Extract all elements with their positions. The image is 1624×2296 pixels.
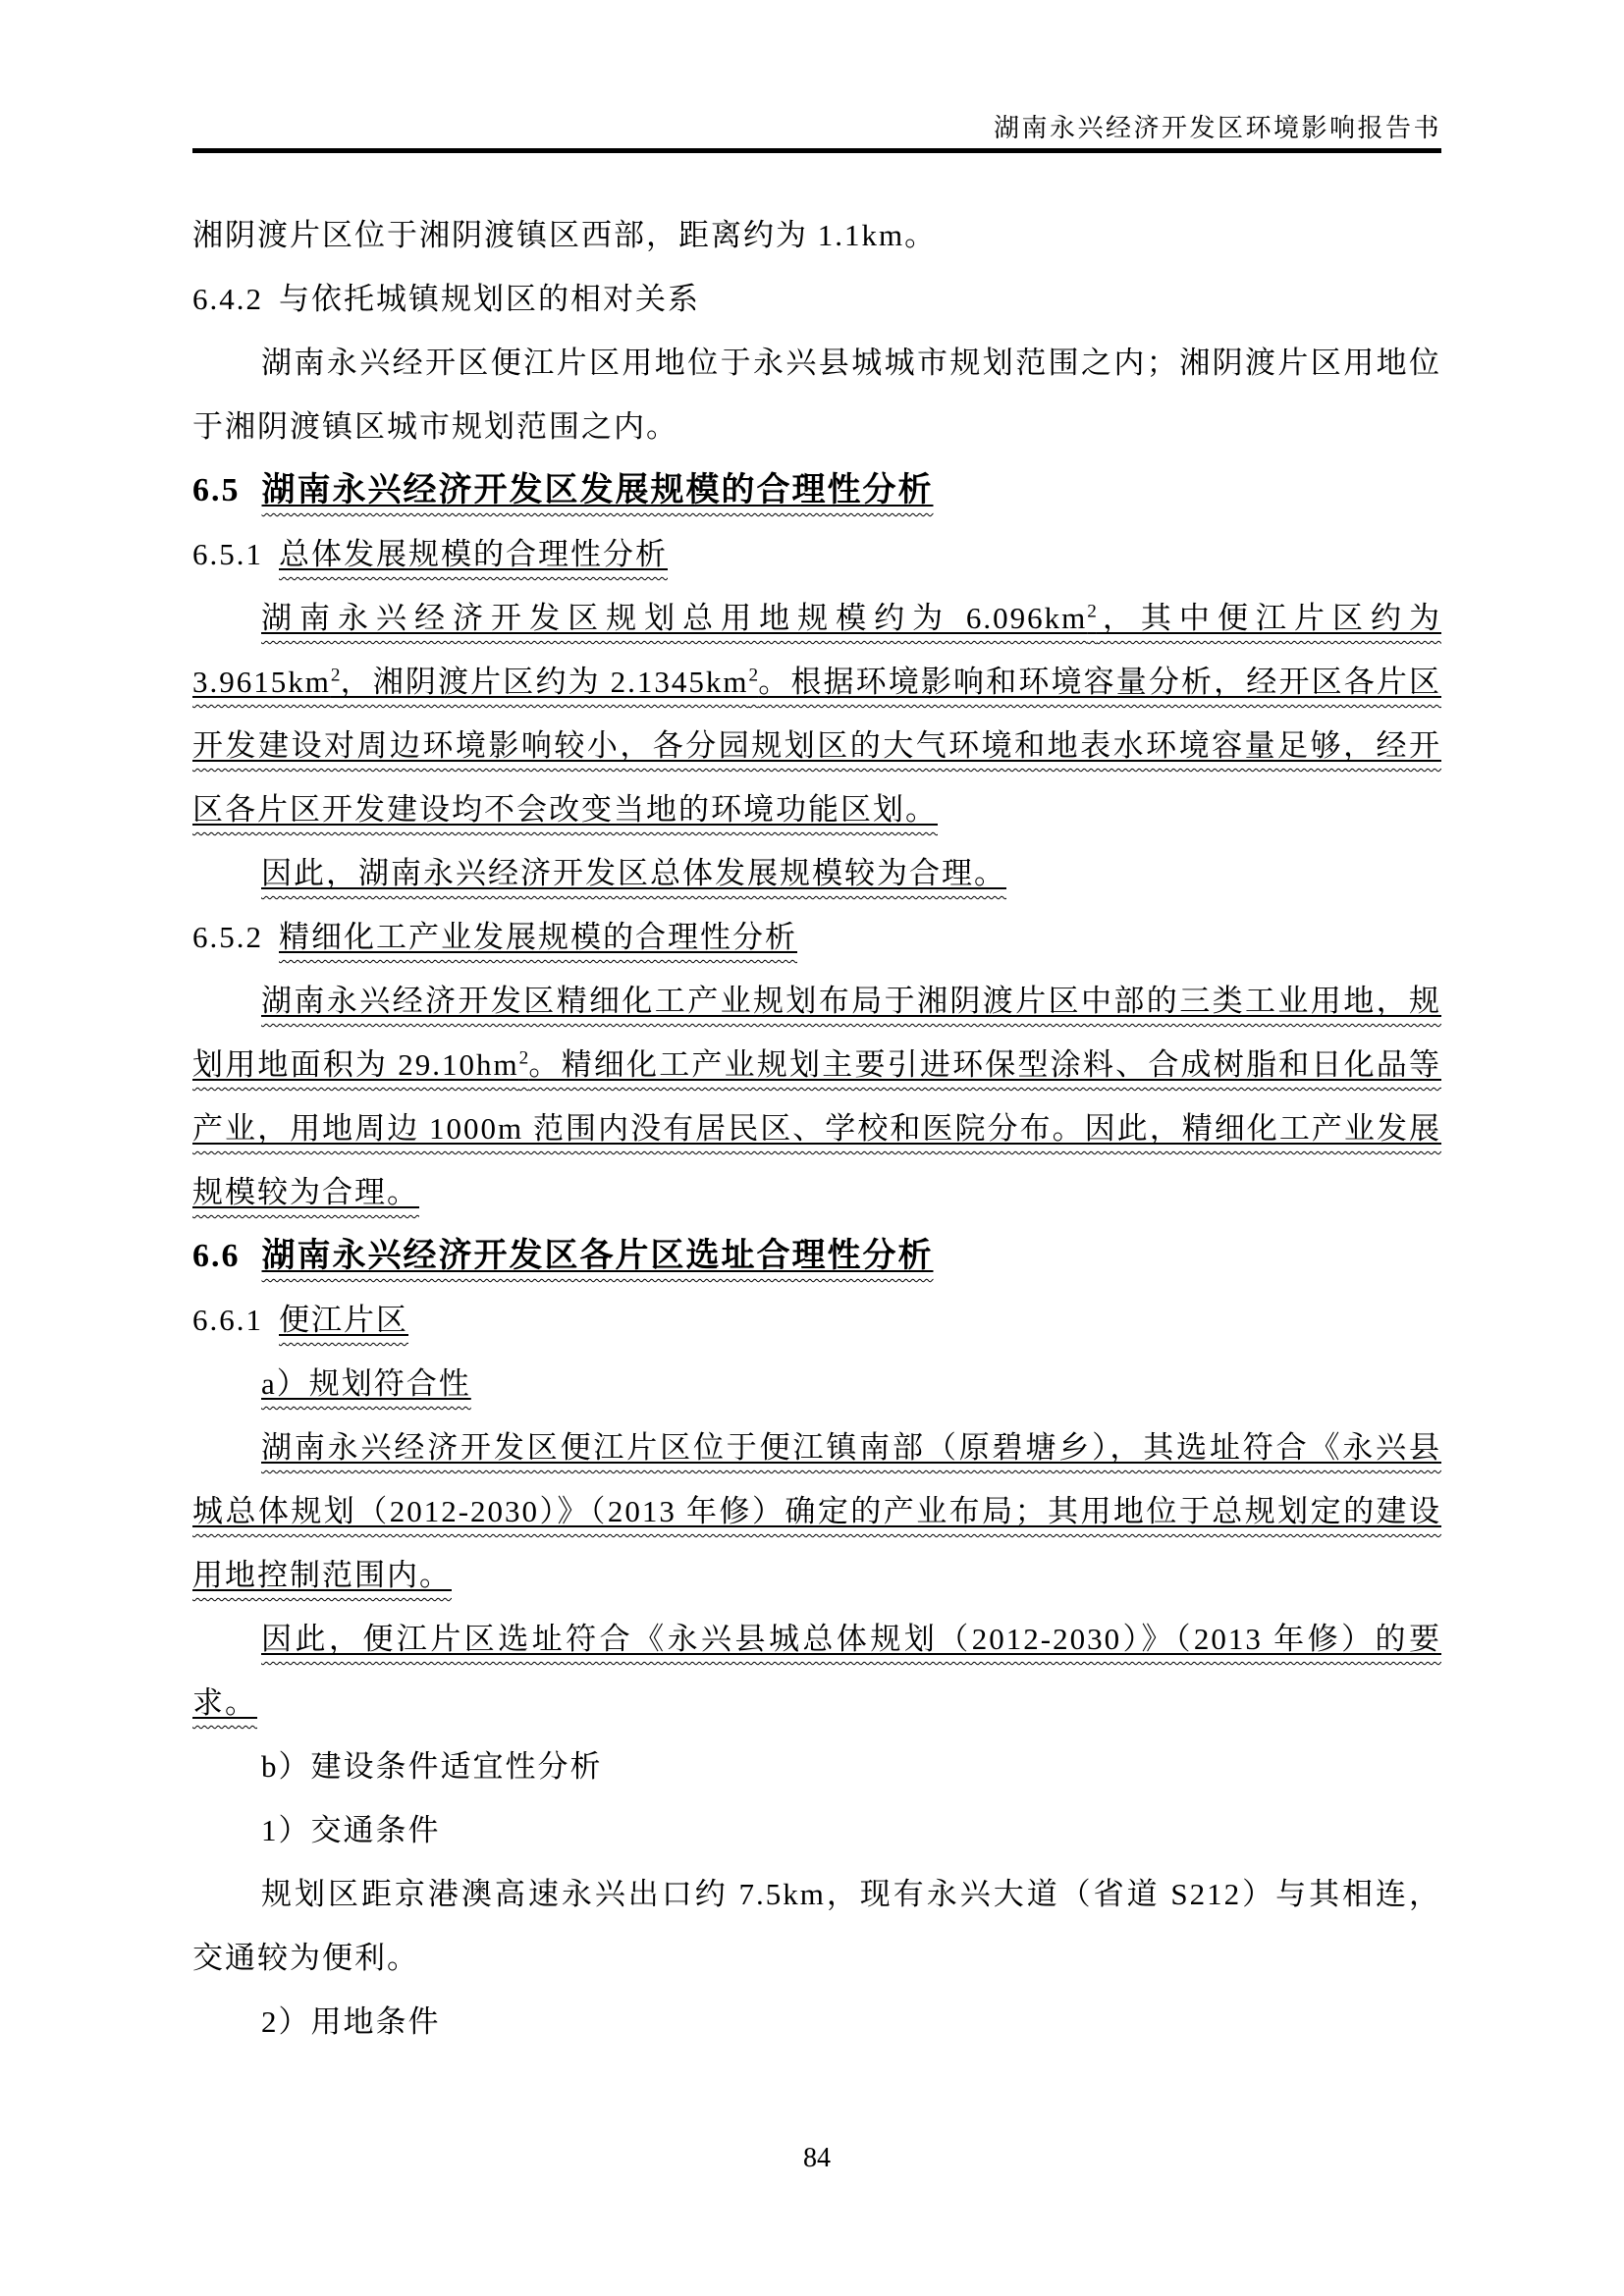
text-run: a）规划符合性 [261,1366,471,1401]
text-run: 总体发展规模的合理性分析 [279,537,668,571]
paragraph: 湖南永兴经济开发区规划总用地规模约为 6.096km2，其中便江片区约为 3.9… [192,586,1441,841]
text-run: 便江片区 [279,1303,408,1337]
text-run: 湖南永兴经济开发区各片区选址合理性分析 [262,1238,934,1274]
text-run: 湖南永兴经济开发区便江片区位于便江镇南部（原碧塘乡），其选址符合《永兴县城总体规… [192,1430,1441,1592]
section-heading: 6.6.1便江片区 [192,1288,1441,1352]
text-run: 与依托城镇规划区的相对关系 [279,282,700,316]
superscript: 2 [748,666,758,686]
text-run: 湖南永兴经开区便江片区用地位于永兴县城城市规划范围之内；湘阴渡片区用地位于湘阴渡… [192,346,1441,444]
paragraph: a）规划符合性 [192,1352,1441,1415]
text-run: 湘阴渡片区位于湘阴渡镇区西部，距离约为 1.1km。 [192,218,937,252]
section-number: 6.6.1 [192,1303,263,1337]
paragraph: 湘阴渡片区位于湘阴渡镇区西部，距离约为 1.1km。 [192,203,1441,267]
paragraph: b）建设条件适宜性分析 [192,1735,1441,1798]
paragraph: 因此，湖南永兴经济开发区总体发展规模较为合理。 [192,841,1441,905]
text-run: 湖南永兴经济开发区精细化工产业规划布局于湘阴渡片区中部的三类工业用地，规划用地面… [192,984,1441,1209]
superscript: 2 [331,666,341,686]
text-run: 1）交通条件 [261,1813,441,1847]
text-run: 湖南永兴经济开发区规划总用地规模约为 6.096km2，其中便江片区约为 3.9… [192,601,1441,827]
text-run: 因此，便江片区选址符合《永兴县城总体规划（2012-2030）》（2013 年修… [192,1622,1441,1720]
section-heading: 6.5湖南永兴经济开发区发展规模的合理性分析 [192,458,1441,522]
section-heading: 6.6湖南永兴经济开发区各片区选址合理性分析 [192,1224,1441,1288]
section-heading: 6.5.2精细化工产业发展规模的合理性分析 [192,905,1441,969]
header-rule [192,148,1441,153]
paragraph: 湖南永兴经开区便江片区用地位于永兴县城城市规划范围之内；湘阴渡片区用地位于湘阴渡… [192,331,1441,458]
text-run: b）建设条件适宜性分析 [261,1749,603,1784]
superscript: 2 [519,1048,529,1069]
paragraph: 湖南永兴经济开发区精细化工产业规划布局于湘阴渡片区中部的三类工业用地，规划用地面… [192,969,1441,1224]
page-footer: 84 [192,2143,1441,2174]
paragraph: 2）用地条件 [192,1990,1441,2054]
section-heading: 6.4.2与依托城镇规划区的相对关系 [192,267,1441,331]
page-number: 84 [803,2143,831,2173]
section-number: 6.5 [192,472,241,508]
superscript: 2 [1087,602,1097,622]
text-run: 因此，湖南永兴经济开发区总体发展规模较为合理。 [261,856,1006,890]
document-body: 湘阴渡片区位于湘阴渡镇区西部，距离约为 1.1km。6.4.2与依托城镇规划区的… [192,203,1441,2054]
text-run: 湖南永兴经济开发区发展规模的合理性分析 [262,472,934,508]
text-run: 2）用地条件 [261,2004,441,2039]
section-number: 6.6 [192,1238,241,1274]
paragraph: 规划区距京港澳高速永兴出口约 7.5km，现有永兴大道（省道 S212）与其相连… [192,1862,1441,1990]
text-run: 精细化工产业发展规模的合理性分析 [279,920,797,954]
section-number: 6.4.2 [192,282,263,316]
paragraph: 湖南永兴经济开发区便江片区位于便江镇南部（原碧塘乡），其选址符合《永兴县城总体规… [192,1415,1441,1607]
paragraph: 1）交通条件 [192,1798,1441,1862]
section-number: 6.5.2 [192,920,263,954]
section-heading: 6.5.1总体发展规模的合理性分析 [192,522,1441,586]
report-page: 湖南永兴经济开发区环境影响报告书 湘阴渡片区位于湘阴渡镇区西部，距离约为 1.1… [0,0,1624,2296]
paragraph: 因此，便江片区选址符合《永兴县城总体规划（2012-2030）》（2013 年修… [192,1607,1441,1735]
page-header: 湖南永兴经济开发区环境影响报告书 [192,108,1441,144]
header-title: 湖南永兴经济开发区环境影响报告书 [994,114,1441,142]
section-number: 6.5.1 [192,537,263,571]
text-run: 规划区距京港澳高速永兴出口约 7.5km，现有永兴大道（省道 S212）与其相连… [192,1877,1441,1975]
